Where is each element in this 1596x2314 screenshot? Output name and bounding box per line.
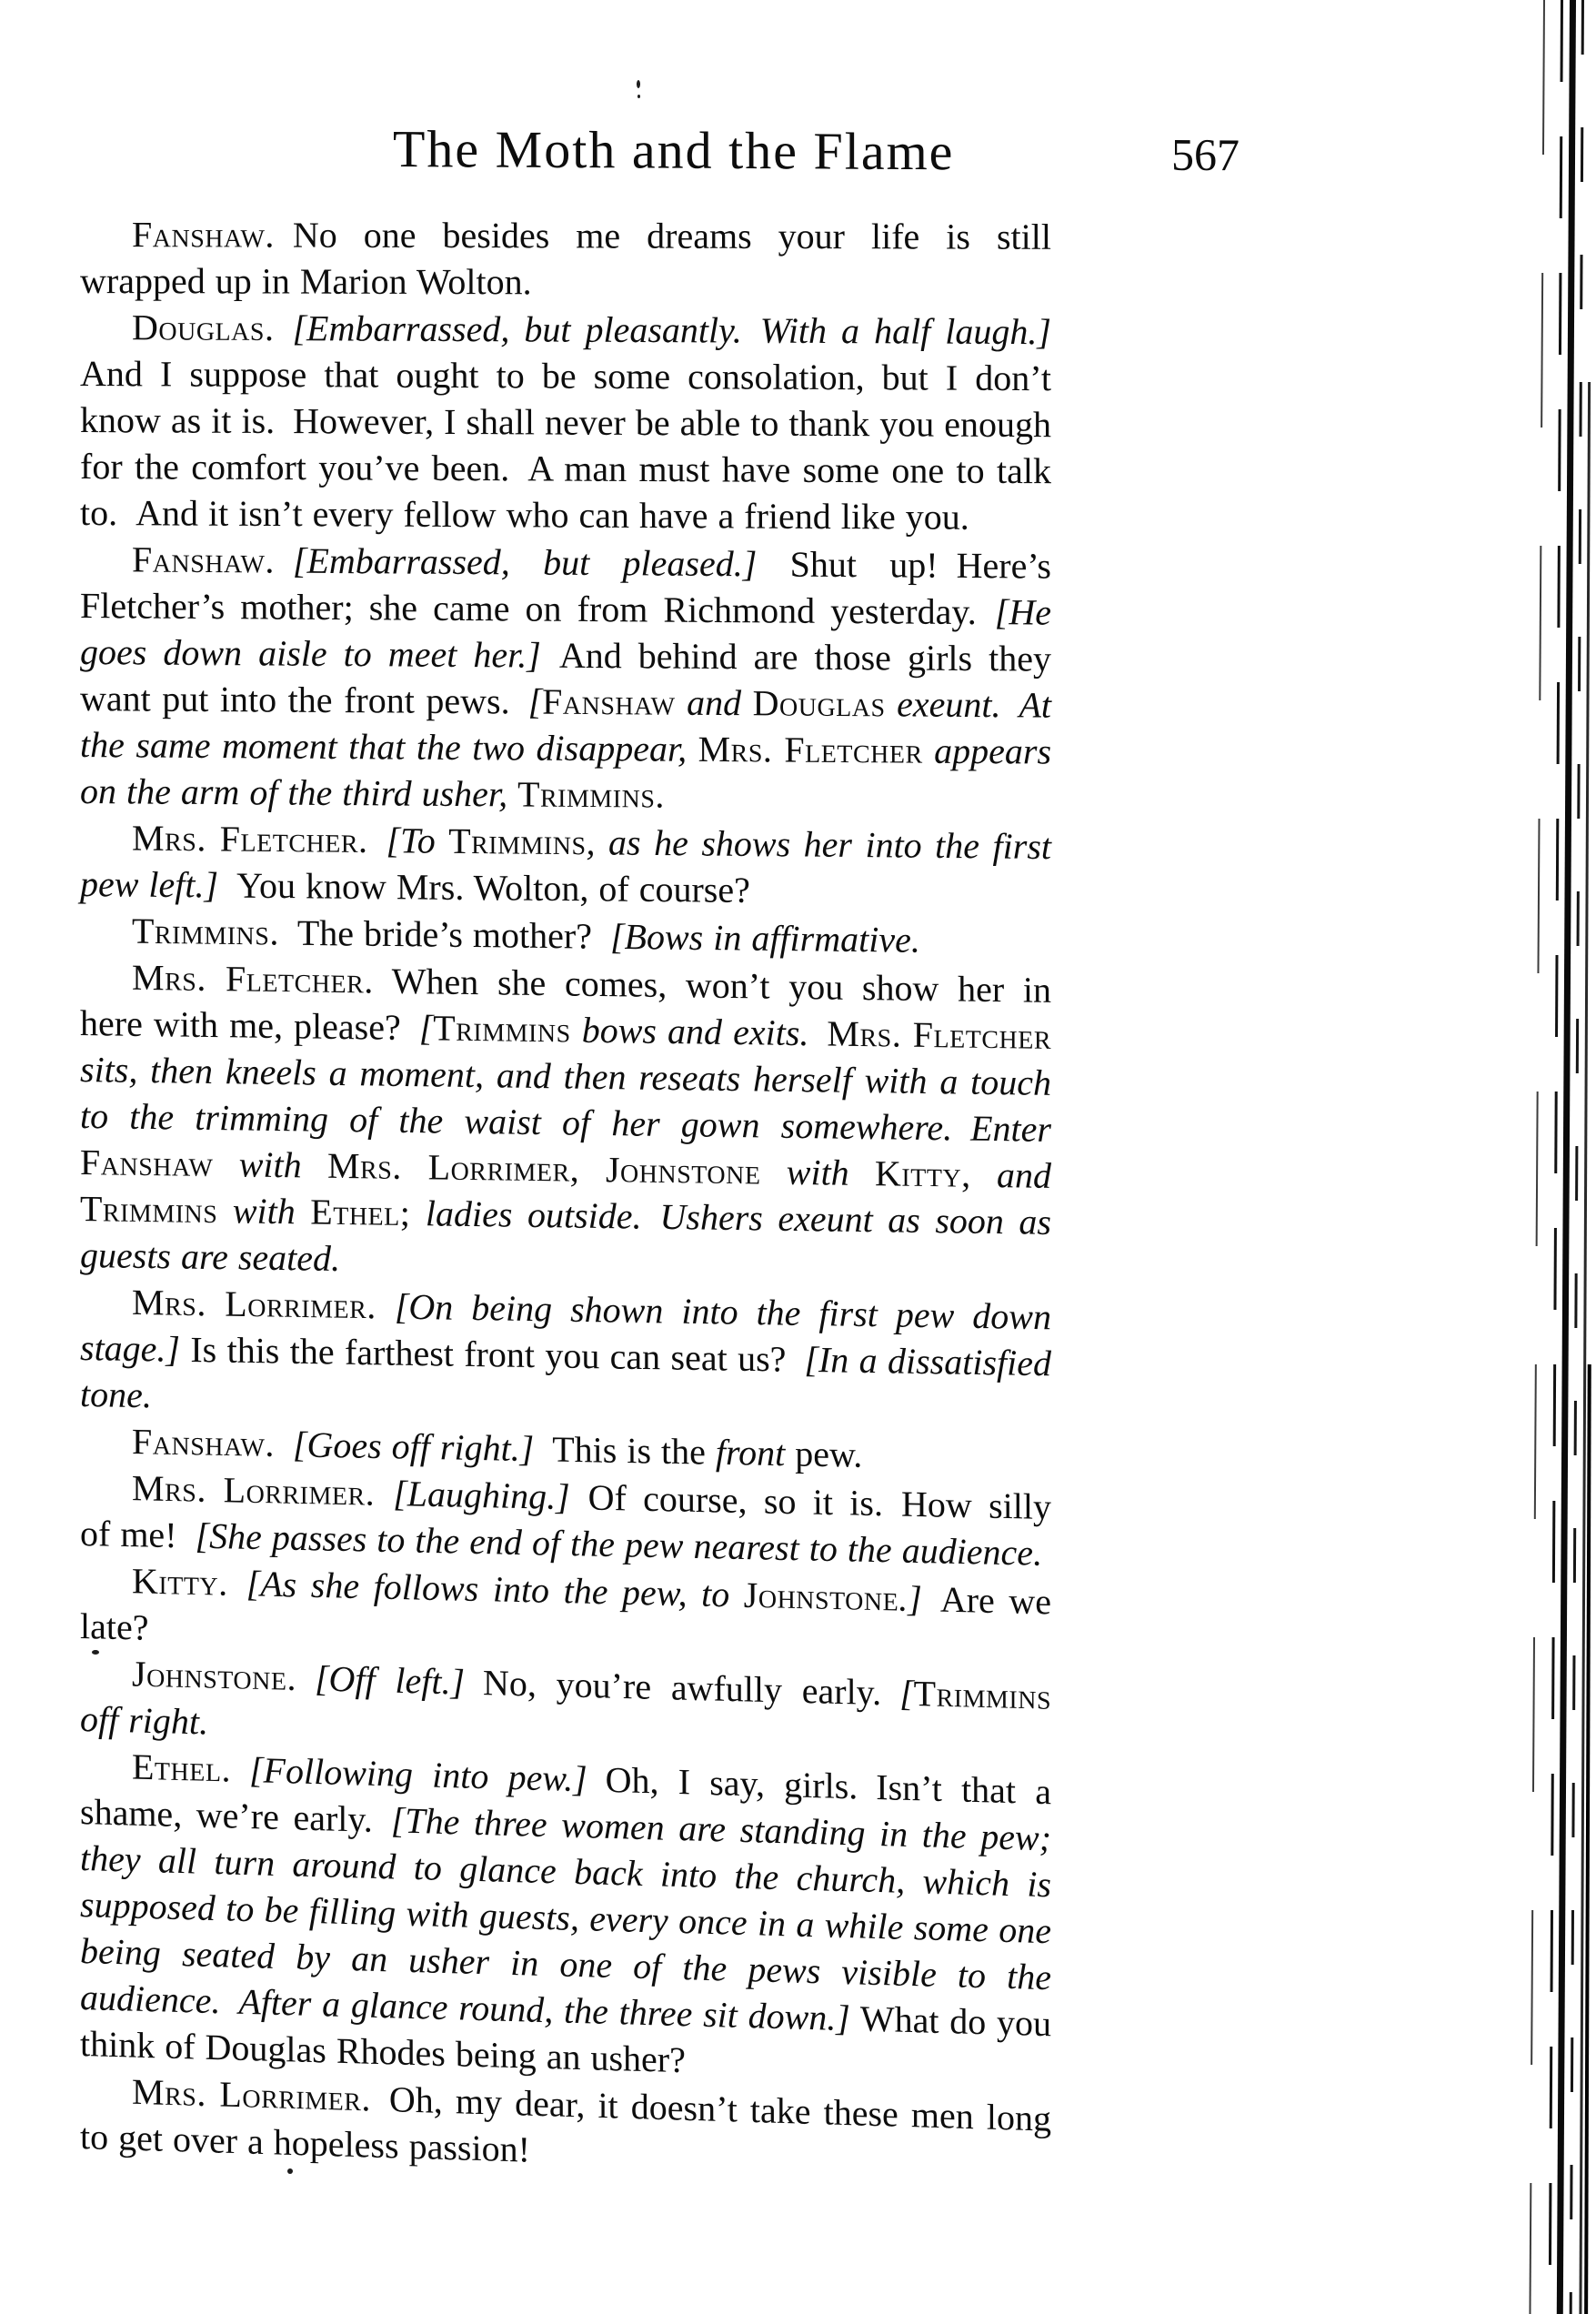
stage-direction: with (217, 1190, 310, 1232)
stage-direction: [ (419, 1007, 434, 1048)
dialogue-text (274, 307, 292, 348)
character-name: Douglas (753, 682, 886, 724)
ink-speck (92, 1650, 99, 1655)
character-name: Trimmins. (132, 911, 279, 953)
dialogue-text: You know Mrs. Wolton, of course? (218, 864, 750, 911)
character-name: Trimmins (448, 820, 586, 862)
dialogue-text (275, 540, 293, 581)
dialogue-text (228, 1563, 246, 1604)
dialogue-text: And I suppose that ought to be some cons… (80, 353, 1051, 538)
speech-paragraph: Douglas. [Embarrassed, but pleasantly. W… (80, 304, 1051, 540)
speech-paragraph: Fanshaw. No one besides me dreams your l… (80, 211, 1051, 307)
speech-paragraph: Ethel. [Following into pew.] Oh, I say, … (80, 1742, 1051, 2093)
page-number: 567 (1171, 131, 1240, 178)
stage-direction: with (760, 1151, 875, 1193)
character-name: Fanshaw. (132, 214, 275, 255)
stage-direction: .] (898, 1578, 922, 1620)
stage-direction: [Goes off right.] (293, 1424, 534, 1469)
stage-direction: and (676, 682, 753, 724)
dialogue-text: pew. (785, 1433, 862, 1475)
dialogue-text (296, 1657, 315, 1699)
binding-edge-line (1529, 0, 1545, 2314)
character-name: Mrs. Lorrimer, Johnstone (327, 1145, 760, 1192)
dialogue-text (375, 1473, 393, 1514)
character-name: Fanshaw. (132, 538, 275, 580)
stage-direction: [Laughing.] (393, 1473, 570, 1517)
ink-speck (287, 2168, 293, 2174)
speech-paragraph: Mrs. Lorrimer. [On being shown into the … (80, 1278, 1051, 1433)
stage-direction: [Embarrassed, but pleased.] (293, 540, 757, 585)
stage-direction: off right. (80, 1698, 208, 1743)
speech-paragraph: Mrs. Fletcher. [To Trimmins, as he shows… (80, 814, 1051, 916)
stage-direction: bows and exits. (571, 1010, 828, 1054)
character-name: Trimmins (80, 1188, 217, 1231)
dialogue-text: This is the (534, 1428, 716, 1473)
stage-direction: sits, then kneels a moment, and then res… (80, 1049, 1051, 1150)
page-text: Fanshaw. No one besides me dreams your l… (80, 211, 1051, 2159)
character-name: Fanshaw. (132, 1421, 275, 1464)
character-name: Fanshaw (542, 681, 675, 723)
dialogue-text (376, 1285, 395, 1326)
stage-direction: and (971, 1154, 1051, 1196)
stage-direction: front (716, 1432, 785, 1474)
scan-page: The Moth and the Flame 567 Fanshaw. No o… (0, 0, 1596, 2314)
stage-direction: with (213, 1143, 327, 1186)
dialogue-text: Is this the farthest front you can seat … (180, 1329, 804, 1380)
dialogue-text (231, 1749, 249, 1791)
stage-direction: [Embarrassed, but pleasantly. With a hal… (292, 307, 1051, 352)
character-name: Kitty. (132, 1560, 228, 1603)
character-name: Trimmins (433, 1007, 570, 1050)
character-name: Mrs. Lorrimer. (132, 1467, 375, 1514)
character-name: Ethel; (310, 1192, 410, 1234)
character-name: Mrs. Fletcher (698, 729, 923, 771)
dialogue-text: The bride’s mother? (279, 912, 610, 957)
dialogue-text: No, you’re awfully early. (465, 1662, 899, 1714)
dialogue-text (368, 820, 386, 860)
speech-paragraph: Fanshaw. [Embarrassed, but pleased.] Shu… (80, 536, 1051, 821)
character-name: Trimmins. (517, 773, 665, 815)
ink-speck (637, 95, 640, 98)
character-name: Kitty, (875, 1152, 971, 1194)
stage-direction: [To (386, 820, 449, 861)
stage-direction: [As she follows into the pew, to (246, 1563, 744, 1615)
character-name: Fanshaw (80, 1142, 213, 1184)
character-name: Mrs. Fletcher. (132, 818, 368, 860)
character-name: Mrs. Fletcher. (132, 957, 374, 1001)
character-name: Ethel. (132, 1746, 231, 1790)
character-name: Mrs. Lorrimer. (132, 1282, 376, 1326)
character-name: Mrs. Fletcher (827, 1012, 1051, 1056)
character-name: Douglas. (132, 307, 274, 348)
speech-paragraph: Mrs. Fletcher. When she comes, won’t you… (80, 953, 1051, 1292)
stage-direction: [ (528, 681, 543, 722)
dialogue-text (275, 1424, 293, 1464)
stage-direction: [Off left.] (315, 1657, 465, 1702)
stage-direction: [Bows in affirmative. (610, 916, 920, 961)
page-title: The Moth and the Flame (393, 122, 954, 179)
stage-direction: [Following into pew.] (249, 1749, 587, 1799)
character-name: Trimmins (914, 1673, 1051, 1717)
character-name: Johnstone. (132, 1653, 296, 1698)
ink-speck (637, 80, 640, 88)
character-name: Johnstone (744, 1575, 898, 1619)
character-name: Mrs. Lorrimer. (132, 2071, 371, 2119)
stage-direction: [ (899, 1673, 914, 1714)
